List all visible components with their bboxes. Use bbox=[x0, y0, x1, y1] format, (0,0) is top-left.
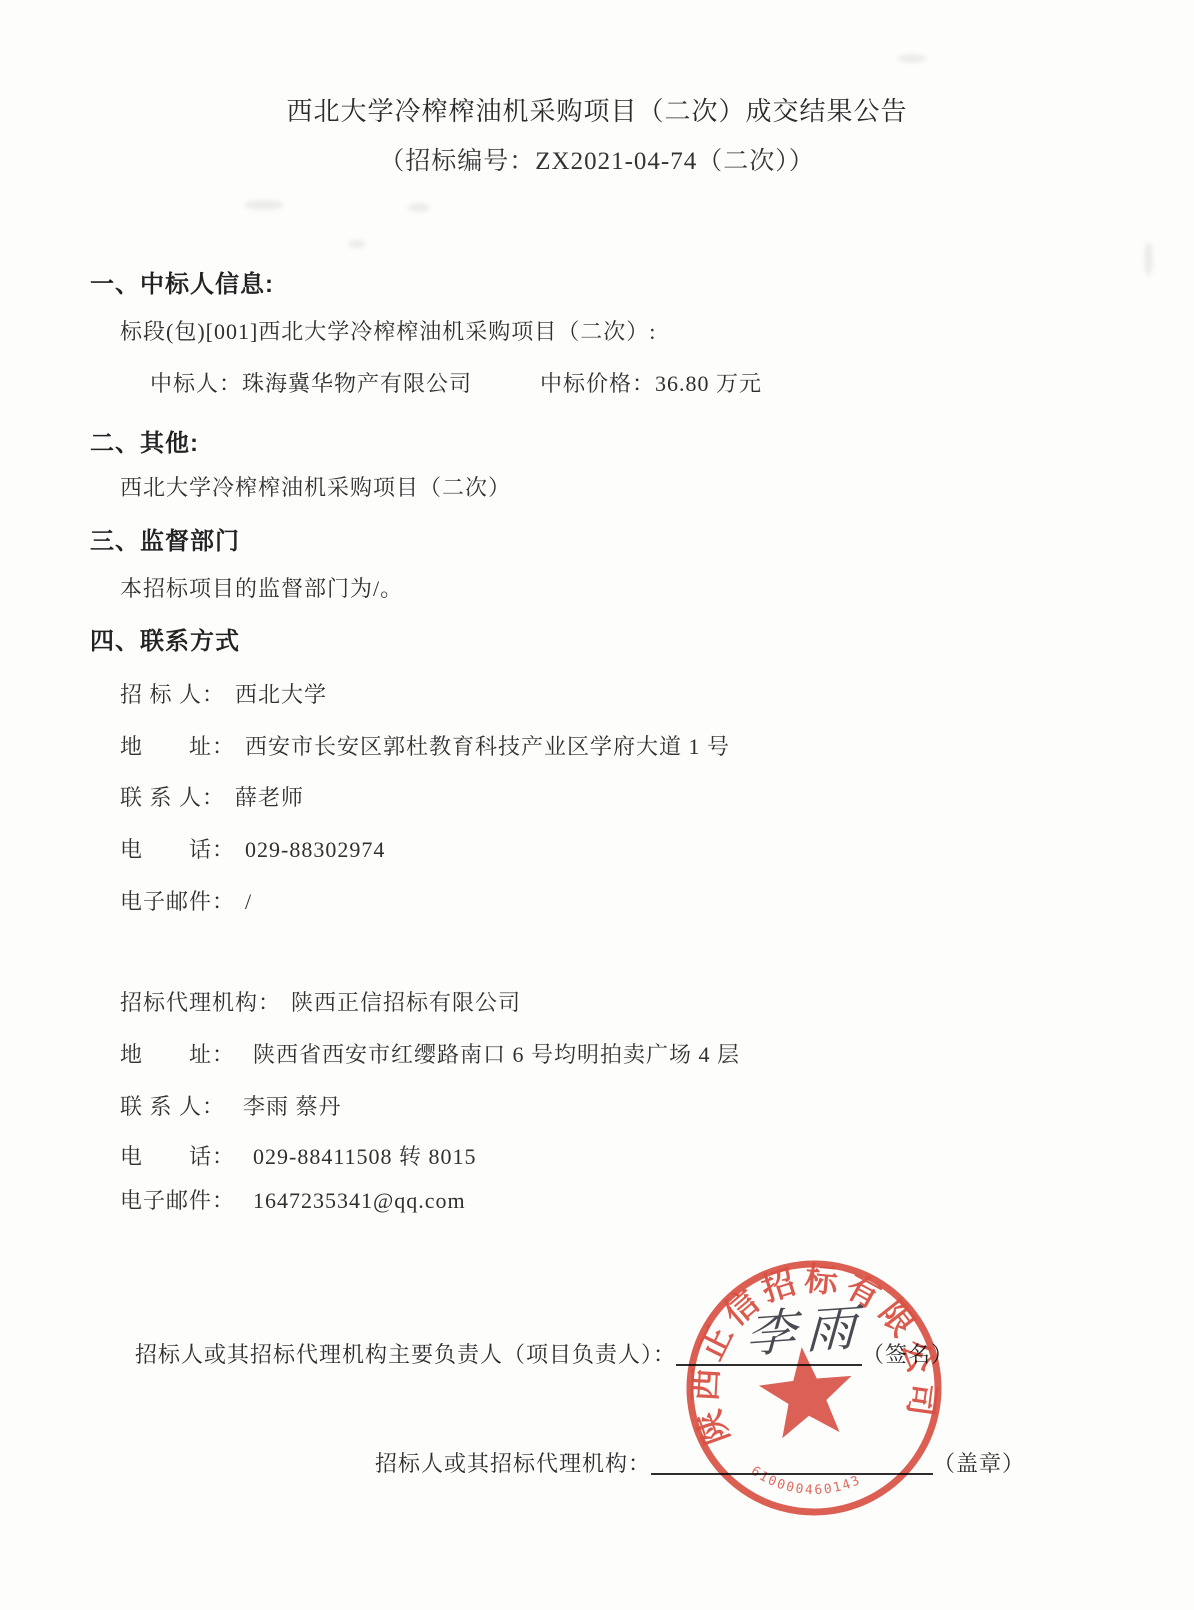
stamp-serial-number: 610000460143 bbox=[747, 1453, 865, 1506]
price-value: 36.80 万元 bbox=[655, 371, 762, 396]
contact-value: 029-88411508 转 8015 bbox=[253, 1144, 477, 1169]
winner-label: 中标人： bbox=[150, 371, 242, 396]
contact-value: 西安市长安区郭杜教育科技产业区学府大道 1 号 bbox=[245, 734, 730, 759]
contact-value: 李雨 蔡丹 bbox=[243, 1094, 342, 1119]
contact-value: 陕西省西安市红缨路南口 6 号均明拍卖广场 4 层 bbox=[253, 1042, 740, 1067]
contact-row-agency-name: 招标代理机构：陕西正信招标有限公司 bbox=[120, 986, 521, 1017]
document-page: 西北大学冷榨榨油机采购项目（二次）成交结果公告 （招标编号：ZX2021-04-… bbox=[0, 0, 1194, 1610]
responsible-person-label: 招标人或其招标代理机构主要负责人（项目负责人）： bbox=[135, 1342, 676, 1367]
contact-row-tenderer-email: 电子邮件：/ bbox=[120, 885, 252, 916]
section-contact-heading: 四、联系方式 bbox=[90, 621, 240, 656]
contact-row-tenderer-address: 地 址：西安市长安区郭杜教育科技产业区学府大道 1 号 bbox=[120, 730, 730, 761]
scan-noise bbox=[348, 240, 366, 248]
contact-label: 联 系 人： bbox=[120, 785, 225, 810]
winner-name: 珠海冀华物产有限公司 bbox=[242, 371, 472, 396]
contact-row-agency-email: 电子邮件：1647235341@qq.com bbox=[120, 1184, 466, 1215]
price-line: 中标价格：36.80 万元 bbox=[540, 367, 762, 398]
contact-row-tenderer-phone: 电 话：029-88302974 bbox=[120, 833, 385, 864]
winner-line: 中标人：珠海冀华物产有限公司 bbox=[150, 367, 472, 398]
contact-row-agency-address: 地 址：陕西省西安市红缨路南口 6 号均明拍卖广场 4 层 bbox=[120, 1038, 740, 1069]
scan-noise bbox=[898, 54, 926, 63]
contact-value: 西北大学 bbox=[235, 682, 327, 707]
agency-sign-label: 招标人或其招标代理机构： bbox=[375, 1451, 651, 1476]
tender-number-line: （招标编号：ZX2021-04-74（二次）） bbox=[62, 141, 1132, 177]
handwritten-signature: 李雨 bbox=[745, 1287, 867, 1368]
contact-value: 1647235341@qq.com bbox=[253, 1188, 466, 1213]
price-label: 中标价格： bbox=[540, 371, 655, 396]
contact-value: / bbox=[245, 889, 252, 914]
supervisor-body: 本招标项目的监督部门为/。 bbox=[120, 572, 403, 603]
contact-label: 地 址： bbox=[120, 734, 235, 759]
contact-label: 电子邮件： bbox=[120, 1188, 235, 1213]
scan-noise bbox=[408, 203, 430, 212]
contact-label: 地 址： bbox=[120, 1042, 235, 1067]
other-body: 西北大学冷榨榨油机采购项目（二次） bbox=[120, 471, 511, 502]
contact-row-agency-person: 联 系 人：李雨 蔡丹 bbox=[120, 1090, 342, 1121]
contact-label: 招标代理机构： bbox=[120, 990, 281, 1015]
contact-row-tenderer-name: 招 标 人：西北大学 bbox=[120, 678, 327, 709]
scan-noise bbox=[244, 200, 284, 210]
section-supervisor-heading: 三、监督部门 bbox=[90, 521, 240, 556]
contact-value: 029-88302974 bbox=[245, 837, 385, 862]
contact-value: 陕西正信招标有限公司 bbox=[291, 990, 521, 1015]
contact-label: 电 话： bbox=[120, 837, 235, 862]
contact-label: 招 标 人： bbox=[120, 682, 225, 707]
company-stamp: 陕西正信招标有限公司 610000460143 bbox=[662, 1236, 965, 1539]
contact-value: 薛老师 bbox=[235, 785, 304, 810]
scan-noise bbox=[1144, 242, 1153, 276]
page-title: 西北大学冷榨榨油机采购项目（二次）成交结果公告 bbox=[62, 91, 1132, 128]
stamp-svg: 陕西正信招标有限公司 610000460143 bbox=[662, 1236, 965, 1539]
contact-row-tenderer-person: 联 系 人：薛老师 bbox=[120, 781, 304, 812]
section-winner-heading: 一、中标人信息: bbox=[90, 264, 274, 299]
lot-line: 标段(包)[001]西北大学冷榨榨油机采购项目（二次）: bbox=[120, 315, 656, 346]
section-other-heading: 二、其他: bbox=[90, 423, 199, 458]
contact-label: 电子邮件： bbox=[120, 889, 235, 914]
contact-row-agency-phone: 电 话：029-88411508 转 8015 bbox=[120, 1140, 477, 1171]
contact-label: 电 话： bbox=[120, 1144, 235, 1169]
contact-label: 联 系 人： bbox=[120, 1094, 225, 1119]
